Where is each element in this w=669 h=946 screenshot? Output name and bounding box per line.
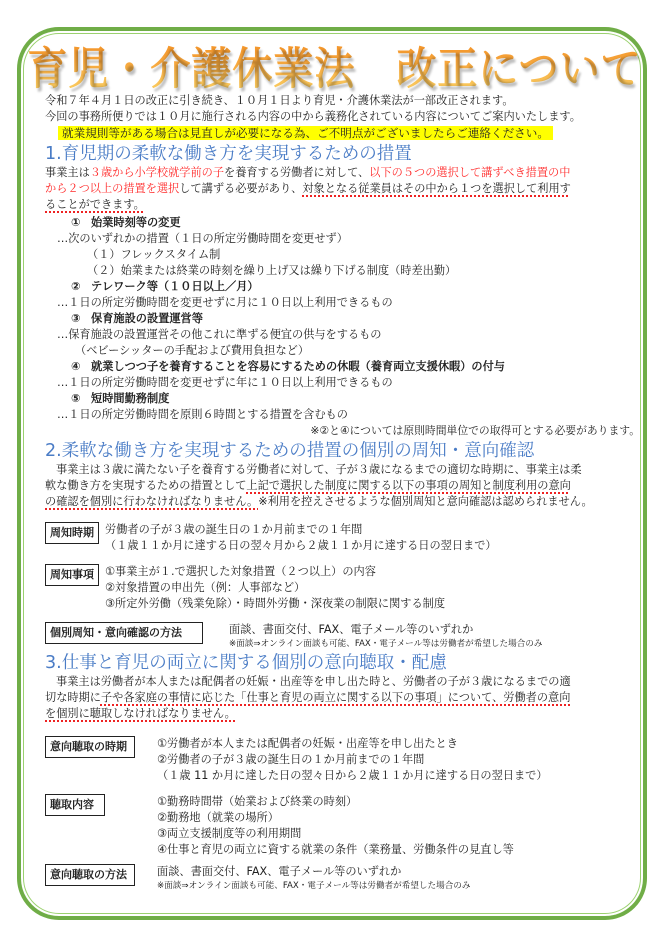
item-label: 保育施設の設置運営等 <box>91 312 203 325</box>
block-note: ※面談⇒オンライン面談も可能、FAX・電子メール等は労働者が希望した場合のみ <box>229 638 543 650</box>
block-line: （１歳１１か月に達する日の翌々月から２歳１１か月に達する日の翌日まで） <box>105 538 497 554</box>
measure-item-2: ②テレワーク等（１０日以上／月） <box>71 279 645 295</box>
underlined-text: の確認を個別に行わなければなりません。 <box>45 495 258 508</box>
emphasis-five: 以下の５つの選択して講ずべき措置の中 <box>369 166 570 179</box>
text: ※利用を控えさせるような個別周知と意向確認は認められません。 <box>258 495 593 508</box>
section1-paragraph: 事業主は３歳から小学校就学前の子を養育する労働者に対して、以下の５つの選択して講… <box>45 165 645 213</box>
item-desc: …保育施設の設置運営その他これに準ずる便宜の供与をするもの <box>57 327 645 343</box>
item-number: ② <box>71 279 91 295</box>
text: 軟な働き方を実現するための措置として <box>45 479 246 492</box>
intro-highlight: 就業規則等がある場合は見直しが必要になる為、ご不明点がございましたらご連絡くださ… <box>58 126 553 140</box>
block-line: ③両立支援制度等の利用期間 <box>157 826 514 842</box>
section3-paragraph: 事業主は労働者が本人または配偶者の妊娠・出産等を申し出た時と、労働者の子が３歳に… <box>45 674 645 722</box>
measure-item-1: ①始業時刻等の変更 <box>71 215 645 231</box>
notice-timing-block: 周知時期 労働者の子が３歳の誕生日の１か月前までの１年間 （１歳１１か月に達する… <box>45 522 645 554</box>
text: 事業主は３歳に満たない子を養育する労働者に対して、子が３歳になるまでの適切な時期… <box>45 462 645 478</box>
document-body: 令和７年４月１日の改正に引き続き、１０月１日より育児・介護休業法が一部改正されま… <box>45 93 645 892</box>
text: 事業主は労働者が本人または配偶者の妊娠・出産等を申し出た時と、労働者の子が３歳に… <box>45 674 645 690</box>
measure-item-4: ④就業しつつ子を養育することを容易にするための休暇（養育両立支援休暇）の付与 <box>71 359 645 375</box>
underlined-text: 子や各家庭の事情に応じた「仕事と育児の両立に関する以下の事項」について、労働者の… <box>101 691 570 704</box>
text: 切な時期に <box>45 691 101 704</box>
block-line: ②対象措置の申出先（例：人事部など） <box>105 580 445 596</box>
block-line: ②労働者の子が３歳の誕生日の１か月前までの１年間 <box>157 752 548 768</box>
notice-method-block: 個別周知・意向確認の方法 面談、書面交付、FAX、電子メール等のいずれか ※面談… <box>45 622 645 650</box>
section2-paragraph: 事業主は３歳に満たない子を養育する労働者に対して、子が３歳になるまでの適切な時期… <box>45 462 645 510</box>
block-line: ②勤務地（就業の場所） <box>157 810 514 826</box>
item-desc: …１日の所定労働時間を変更せずに月に１０日以上利用できるもの <box>57 295 645 311</box>
item-desc: …１日の所定労働時間を変更せずに年に１０日以上利用できるもの <box>57 375 645 391</box>
label-box: 個別周知・意向確認の方法 <box>45 622 203 644</box>
measure-list: ①始業時刻等の変更 …次のいずれかの措置（１日の所定労働時間を変更せず） （１）… <box>45 215 645 439</box>
item-number: ⑤ <box>71 391 91 407</box>
underlined-text: を個別に聴取しなければなりません。 <box>45 707 236 720</box>
hearing-content-block: 聴取内容 ①勤務時間帯（始業および終業の時刻） ②勤務地（就業の場所） ③両立支… <box>45 794 645 858</box>
item-sub: （ベビーシッターの手配および費用負担など） <box>75 343 645 359</box>
hearing-method-block: 意向聴取の方法 面談、書面交付、FAX、電子メール等のいずれか ※面談⇒オンライ… <box>45 864 645 892</box>
block-line: ③所定外労働（残業免除）・時間外労働・深夜業の制限に関する制度 <box>105 596 445 612</box>
item-number: ④ <box>71 359 91 375</box>
item-label: 就業しつつ子を養育することを容易にするための休暇（養育両立支援休暇）の付与 <box>91 360 505 373</box>
block-line: 面談、書面交付、FAX、電子メール等のいずれか <box>157 864 471 880</box>
intro-line-1: 令和７年４月１日の改正に引き続き、１０月１日より育児・介護休業法が一部改正されま… <box>45 93 645 109</box>
block-line: ①事業主が１.で選択した対象措置（２つ以上）の内容 <box>105 564 445 580</box>
block-line: ①勤務時間帯（始業および終業の時刻） <box>157 794 514 810</box>
underlined-text: 上記で選択した制度に関する以下の事項の周知と制度利用の意向 <box>246 479 570 492</box>
underlined-text: ることができます。 <box>45 198 145 211</box>
section3-heading: 3.仕事と育児の両立に関する個別の意向聴取・配慮 <box>45 652 645 674</box>
block-line: ①労働者が本人または配偶者の妊娠・出産等を申し出たとき <box>157 736 548 752</box>
item-desc: …１日の所定労働時間を原則６時間とする措置を含むもの <box>57 407 645 423</box>
section1-note: ※②と④については原則時間単位での取得可とする必要があります。 <box>45 423 645 439</box>
item-desc: …次のいずれかの措置（１日の所定労働時間を変更せず） <box>57 231 645 247</box>
item-label: 短時間勤務制度 <box>91 392 169 405</box>
text: して講ずる必要があり、 <box>179 182 302 195</box>
item-sub: （２）始業または終業の時刻を繰り上げ又は繰り下げる制度（時差出勤） <box>87 263 645 279</box>
text: を養育する労働者に対して、 <box>224 166 369 179</box>
item-label: 始業時刻等の変更 <box>91 216 181 229</box>
text: 事業主は <box>45 166 90 179</box>
block-note: ※面談⇒オンライン面談も可能、FAX・電子メール等は労働者が希望した場合のみ <box>157 880 471 892</box>
item-number: ① <box>71 215 91 231</box>
label-box: 周知事項 <box>45 564 99 586</box>
section1-heading: 1.育児期の柔軟な働き方を実現するための措置 <box>45 143 645 165</box>
label-box: 意向聴取の方法 <box>45 864 135 886</box>
page-title: 育児・介護休業法 改正について <box>0 34 669 97</box>
emphasis-age: ３歳から小学校就学前の子 <box>90 166 224 179</box>
item-number: ③ <box>71 311 91 327</box>
label-box: 聴取内容 <box>45 794 105 816</box>
block-line: ④仕事と育児の両立に資する就業の条件（業務量、労働条件の見直し等 <box>157 842 514 858</box>
underlined-text: 対象となる従業員はその中から１つを選択して利用す <box>302 182 571 195</box>
item-label: テレワーク等（１０日以上／月） <box>91 280 259 293</box>
block-line: （１歳 11 か月に達した日の翌々日から２歳１１か月に達する日の翌日まで） <box>157 768 548 784</box>
measure-item-3: ③保育施設の設置運営等 <box>71 311 645 327</box>
label-box: 周知時期 <box>45 522 99 544</box>
block-line: 労働者の子が３歳の誕生日の１か月前までの１年間 <box>105 522 497 538</box>
intro-line-2: 今回の事務所便りでは１０月に施行される内容の中から義務化されている内容についてご… <box>45 109 645 125</box>
emphasis-two: から２つ以上の措置を選択 <box>45 182 179 195</box>
measure-item-5: ⑤短時間勤務制度 <box>71 391 645 407</box>
block-line: 面談、書面交付、FAX、電子メール等のいずれか <box>229 622 543 638</box>
hearing-timing-block: 意向聴取の時期 ①労働者が本人または配偶者の妊娠・出産等を申し出たとき ②労働者… <box>45 736 645 784</box>
label-box: 意向聴取の時期 <box>45 736 135 758</box>
item-sub: （１）フレックスタイム制 <box>87 247 645 263</box>
notice-items-block: 周知事項 ①事業主が１.で選択した対象措置（２つ以上）の内容 ②対象措置の申出先… <box>45 564 645 612</box>
section2-heading: 2.柔軟な働き方を実現するための措置の個別の周知・意向確認 <box>45 440 645 462</box>
